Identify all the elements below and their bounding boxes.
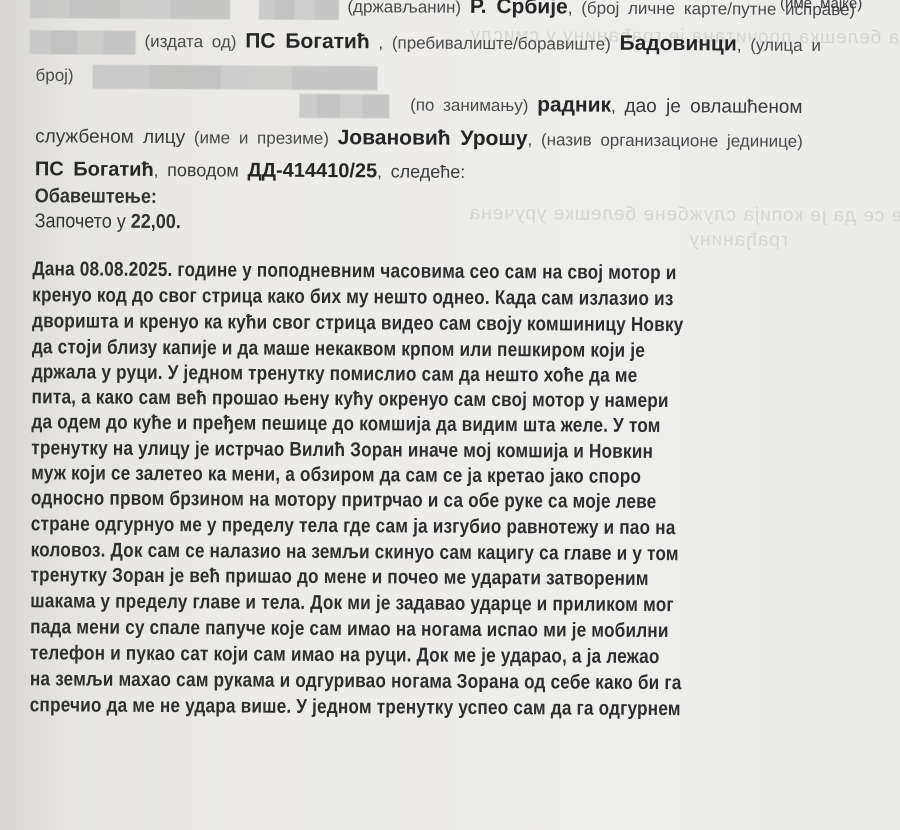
redacted-field: [30, 30, 136, 55]
label-number: број): [35, 66, 73, 85]
bleed-through-text: грађанину: [688, 229, 787, 252]
redacted-field: [259, 0, 339, 20]
form-line-citizenship: (држављанин) Р. Србије, (број личне карт…: [30, 0, 855, 23]
statement-line: шакама у пределу главе и тела. Док ми је…: [30, 590, 674, 617]
statement-line: дворишта и кренуо ка кући свог стрица ви…: [32, 310, 683, 337]
redacted-field: [299, 93, 389, 118]
statement-line: телефон и пукао сат који сам имао на руц…: [30, 642, 660, 669]
label-mother-name: (име мајке): [780, 0, 862, 12]
label-issued-by: (издата од): [144, 32, 236, 52]
statement-line: да стоји близу капије и да маше некаквом…: [32, 336, 645, 363]
residence-value: Бадовинци: [619, 32, 736, 56]
form-line-number: број): [35, 64, 377, 90]
statement-line: да одем до куће и пређем пешице до комши…: [31, 411, 660, 438]
started-label: Започето у: [35, 210, 126, 233]
started-time: 22,00.: [131, 211, 181, 233]
label-org-unit: (назив организационе јединице): [541, 130, 803, 151]
label-residence: (пребивалиште/боравиште): [392, 33, 611, 53]
label-occupation: (по занимању): [410, 96, 528, 116]
official-name-value: Јовановић Урошу: [338, 126, 528, 150]
form-line-official: службеном лицу (име и презиме) Јовановић…: [35, 124, 803, 153]
label-citizen: (држављанин): [347, 0, 461, 17]
org-unit-value: ПС Богатић: [35, 158, 154, 181]
form-line-occupation: (по занимању) радник, дао је овлашћеном: [299, 92, 802, 121]
statement-line: тренутку на улицу је истрчао Вилић Зоран…: [31, 437, 653, 464]
statement-line: коловоз. Док сам се налазио на земљи ски…: [31, 539, 679, 566]
statement-line: односно првом брзином на мотору притрчао…: [31, 487, 657, 514]
statement-line: стране одгурнуо ме у пределу тела где са…: [31, 513, 676, 540]
form-line-issued: (издата од) ПС Богатић , (пребивалиште/б…: [30, 28, 821, 58]
statement-line: Дана 08.08.2025. године у поподневним ча…: [32, 258, 676, 285]
label-street: (улица и: [750, 36, 821, 55]
started-line: Започето у 22,00.: [35, 210, 181, 234]
text-regarding: поводом: [167, 160, 239, 180]
redacted-field: [30, 0, 230, 19]
occupation-value: радник: [537, 93, 611, 116]
statement-line: пита, а како сам већ прошао њену кућу ок…: [32, 386, 669, 413]
statement-line: пада мени су спале папуче које сам имао …: [30, 616, 669, 643]
case-number: ДД-414410/25: [247, 160, 377, 183]
statement-line: муж који се залетео ка мени, а обзиром д…: [31, 462, 641, 489]
statement-line: кренуо код до свог стрица како бих му не…: [32, 284, 674, 311]
label-name: (име и презиме): [194, 128, 329, 148]
redacted-field: [92, 65, 377, 91]
issued-by-value: ПС Богатић: [245, 29, 370, 53]
form-line-case: ПС Богатић, поводом ДД-414410/25, следећ…: [35, 158, 465, 184]
notice-heading: Обавештење:: [35, 185, 157, 209]
text-official: службеном лицу: [35, 126, 185, 148]
statement-line: држала у руци. У једном тренутку помисли…: [32, 361, 638, 388]
document-page: Службена белешка прочитана је грађанину …: [0, 0, 900, 830]
text-following: следеће:: [391, 161, 466, 181]
bleed-through-text: Констатује се да је копија службене беле…: [469, 203, 900, 228]
statement-line: спречио да ме не удара више. У једном тр…: [30, 694, 681, 721]
statement-line: на земљи махао сам рукама и одгуривао но…: [30, 668, 682, 695]
statement-line: тренутку Зоран је већ пришао до мене и п…: [30, 564, 648, 591]
text-gave-to: дао је овлашћеном: [624, 96, 802, 118]
citizenship-value: Р. Србије: [470, 0, 568, 18]
